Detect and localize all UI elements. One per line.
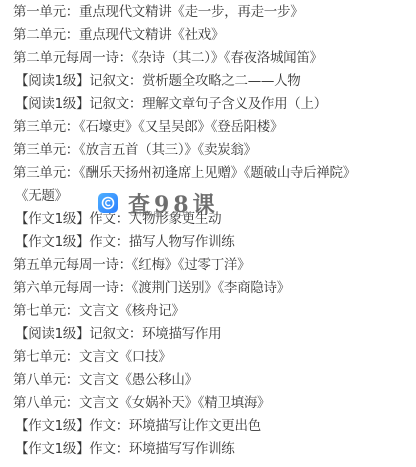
list-item: 第二单元每周一诗：《杂诗（其二）》《春夜洛城闻笛》: [13, 47, 356, 70]
list-item: 第三单元：《酬乐天扬州初逢席上见赠》《题破山寺后禅院》: [13, 162, 356, 185]
list-item: 第一单元：重点现代文精讲《走一步，再走一步》: [13, 1, 356, 24]
list-item: 第八单元：文言文《女娲补天》《精卫填海》: [13, 392, 356, 415]
list-item: 第二单元：重点现代文精讲《社戏》: [13, 24, 356, 47]
list-item: 第五单元每周一诗：《红梅》《过零丁洋》: [13, 254, 356, 277]
course-list: 第一单元：重点现代文精讲《走一步，再走一步》 第二单元：重点现代文精讲《社戏》 …: [13, 1, 356, 461]
list-item: 第三单元：《石壕吏》《又呈吴郎》《登岳阳楼》: [13, 116, 356, 139]
list-item: 【阅读1级】记叙文：环境描写作用: [13, 323, 356, 346]
list-item: 【作文1级】作文：环境描写让作文更出色: [13, 415, 356, 438]
list-item: 第六单元每周一诗：《渡荆门送别》《李商隐诗》: [13, 277, 356, 300]
list-item: 《无题》: [13, 185, 356, 208]
list-item: 第七单元：文言文《口技》: [13, 346, 356, 369]
list-item: 【阅读1级】记叙文：理解文章句子含义及作用（上）: [13, 93, 356, 116]
list-item: 第八单元：文言文《愚公移山》: [13, 369, 356, 392]
list-item: 第三单元：《放言五首（其三）》《卖炭翁》: [13, 139, 356, 162]
list-item: 【作文1级】作文：描写人物写作训练: [13, 231, 356, 254]
list-item: 【作文1级】作文：人物形象更生动: [13, 208, 356, 231]
list-item: 【阅读1级】记叙文：赏析题全攻略之二——人物: [13, 70, 356, 93]
list-item: 【作文1级】作文：环境描写写作训练: [13, 438, 356, 461]
list-item: 第七单元：文言文《核舟记》: [13, 300, 356, 323]
